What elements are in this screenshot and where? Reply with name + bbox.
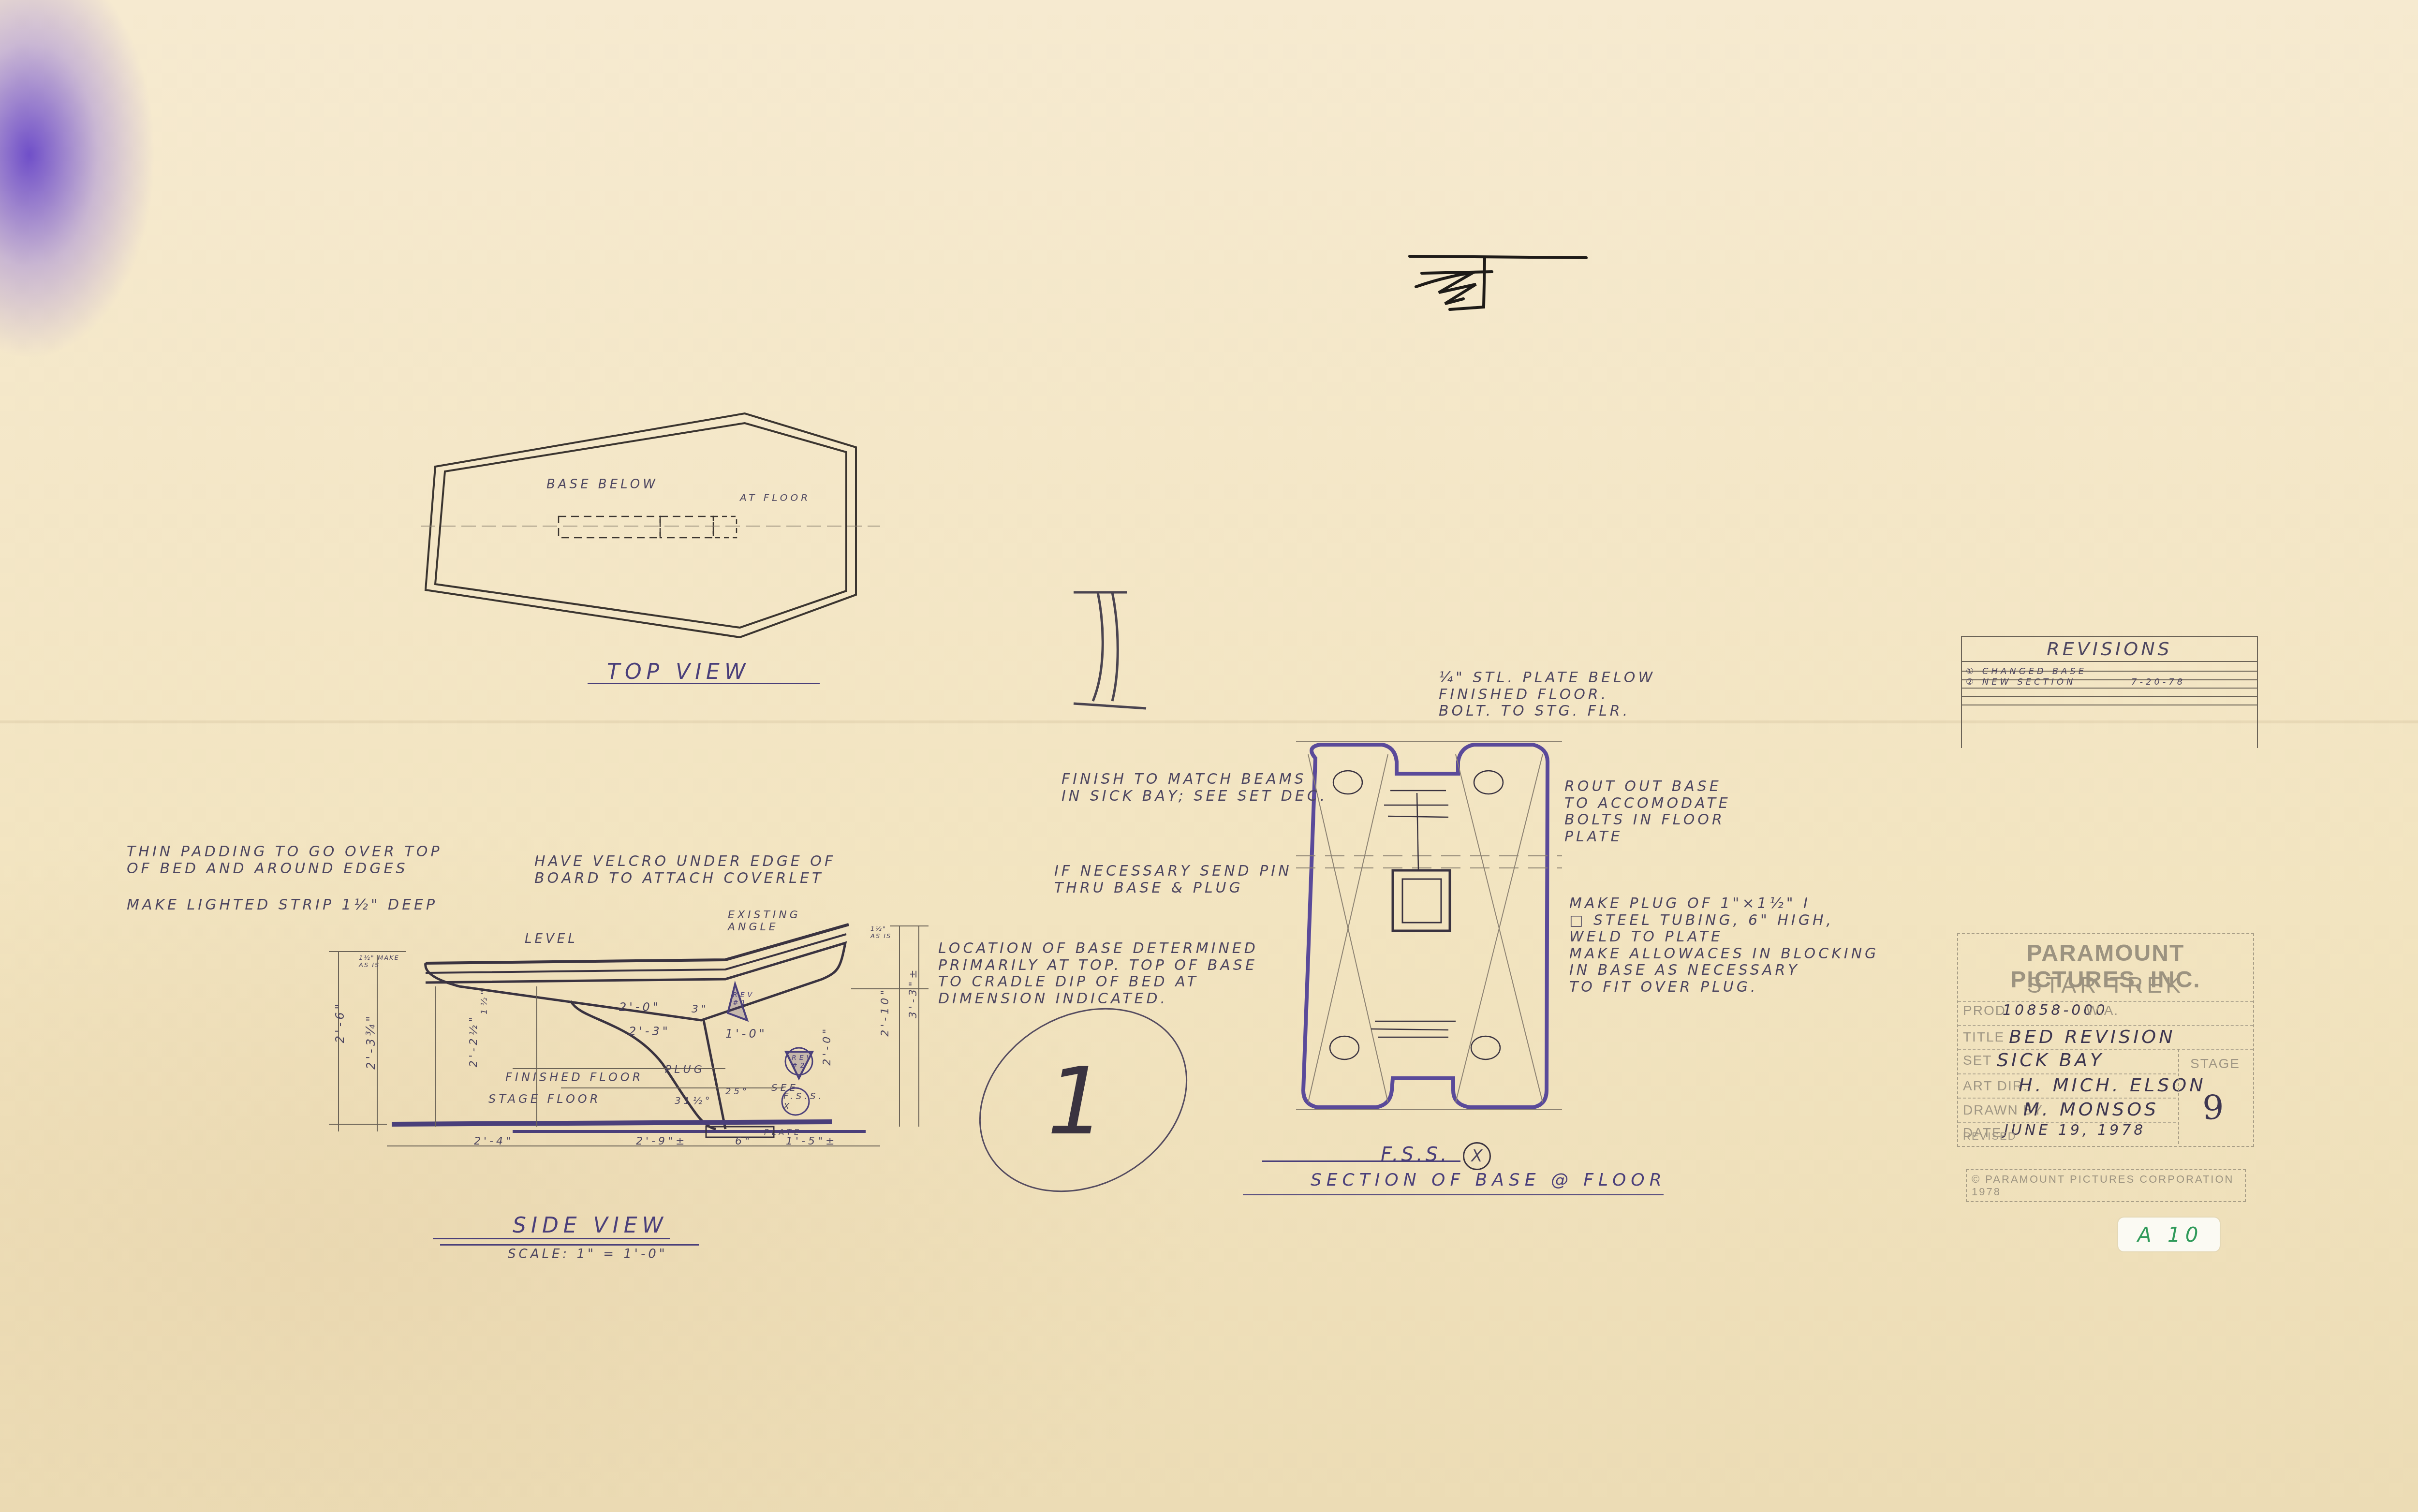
dim-2-2-1-2: 2'-2½" (468, 1014, 480, 1067)
dim-3-3: 3'-3"± (907, 967, 919, 1018)
signature-mark (1410, 256, 1586, 309)
i-beam-sketch (1074, 592, 1146, 708)
label-fss-ref: F.S.S. X (783, 1092, 824, 1112)
revision-row-1: ① CHANGED BASE (1966, 667, 2087, 677)
dim-2-0-vert: 2'-0" (821, 1026, 833, 1066)
tb-stage-value: 9 (2202, 1088, 2227, 1128)
tb-key-revised: REVISED (1963, 1130, 2017, 1143)
tb-key-set: SET (1963, 1053, 1992, 1068)
tb-val-title: BED REVISION (2009, 1026, 2176, 1047)
revisions-table: REVISIONS ① CHANGED BASE ② NEW SECTION 7… (1961, 636, 2258, 748)
section-title-underline (1243, 1194, 1664, 1195)
tb-val-drawn-by: M. MONSOS (2023, 1099, 2159, 1120)
annotation-base-below: BASE BELOW (546, 478, 658, 492)
revisions-title: REVISIONS (1962, 639, 2257, 660)
note-make-plug: MAKE PLUG OF 1"×1½" I □ STEEL TUBING, 6"… (1569, 895, 1879, 996)
note-thin-padding: THIN PADDING TO GO OVER TOP OF BED AND A… (127, 844, 442, 877)
note-lighted-strip: MAKE LIGHTED STRIP 1½" DEEP (127, 897, 438, 914)
section-ref-underline (1262, 1160, 1460, 1162)
dim-2-3: 2'-3" (629, 1025, 671, 1039)
dim-3: 3" (692, 1003, 709, 1015)
tb-val-date: JUNE 19, 1978 (2004, 1122, 2146, 1139)
dim-2-4: 2'-4" (474, 1135, 514, 1147)
note-velcro: HAVE VELCRO UNDER EDGE OF BOARD TO ATTAC… (534, 853, 836, 887)
dim-1-5: 1'-5"± (786, 1135, 838, 1147)
dim-2-9: 2'-9"± (636, 1135, 688, 1147)
tb-stage-label: STAGE (2190, 1056, 2240, 1072)
note-rout-out-base: ROUT OUT BASE TO ACCOMODATE BOLTS IN FLO… (1564, 778, 1731, 845)
sheet-number-tag: A 10 (2118, 1218, 2220, 1251)
side-view-scale: SCALE: 1" = 1'-0" (508, 1248, 668, 1262)
section-title: SECTION OF BASE @ FLOOR (1311, 1170, 1666, 1190)
label-plug: PLUG (665, 1064, 705, 1076)
title-block-production: STAR TREK (1958, 972, 2253, 998)
revision-row-2-date: 7-20-78 (2131, 677, 2185, 688)
dim-2-6: 2'-6" (334, 1001, 347, 1043)
sheet-number: A 10 (2138, 1223, 2203, 1247)
circled-number: 1 (1047, 1049, 1106, 1155)
rev1-marker: REV #1 (733, 991, 755, 1007)
note-steel-plate: ¼" STL. PLATE BELOW FINISHED FLOOR. BOLT… (1439, 670, 1655, 720)
section-ref: F.S.S. (1381, 1144, 1450, 1166)
label-finished-floor: FINISHED FLOOR (505, 1071, 643, 1085)
tb-val-set: SICK BAY (1997, 1049, 2104, 1071)
top-view-underline (588, 683, 820, 684)
section-drawing (1296, 741, 1562, 1110)
label-make-as-is-right: 1½" AS IS (870, 926, 891, 940)
dim-2-3-3-4: 2'-3¾" (365, 1013, 378, 1070)
rev2-marker: REV #2 (792, 1054, 814, 1070)
note-finish-to-match: FINISH TO MATCH BEAMS IN SICK BAY; SEE S… (1062, 771, 1327, 805)
note-location-of-base: LOCATION OF BASE DETERMINED PRIMARILY AT… (938, 940, 1258, 1007)
dim-2-0: 2'-0" (619, 1001, 661, 1014)
drawing-layer (0, 0, 2418, 1512)
dim-1-1-2: 1½" (480, 988, 490, 1014)
tb-key-wa: W.A. (2086, 1003, 2119, 1018)
copyright-stamp: © PARAMOUNT PICTURES CORPORATION 1978 (1966, 1169, 2246, 1202)
blueprint-sheet: BASE BELOW AT FLOOR TOP VIEW THIN PADDIN… (0, 0, 2418, 1512)
top-view-title: TOP VIEW (607, 660, 750, 685)
tb-key-title: TITLE (1963, 1029, 2005, 1045)
title-block: PARAMOUNT PICTURES, INC. STAR TREK PROD.… (1957, 933, 2254, 1147)
dim-angle-25: 25° (725, 1087, 750, 1097)
annotation-at-floor: AT FLOOR (740, 492, 811, 503)
label-stage-floor: STAGE FLOOR (488, 1093, 601, 1106)
revision-row-2: ② NEW SECTION (1966, 677, 2076, 688)
note-send-pin: IF NECESSARY SEND PIN THRU BASE & PLUG (1054, 863, 1292, 896)
dim-angle-31: 31½° (675, 1095, 713, 1106)
label-make-as-is-left: 1½" MAKE AS IS (359, 955, 399, 969)
dim-6: 6" (735, 1135, 752, 1147)
dim-2-10: 2'-10" (879, 987, 891, 1037)
top-view-drawing (421, 413, 880, 637)
label-level: LEVEL (525, 932, 578, 947)
side-view-title: SIDE VIEW (513, 1214, 668, 1238)
section-ref-symbol: X (1463, 1142, 1491, 1170)
side-view-underline-1 (433, 1238, 670, 1239)
dim-1-0: 1'-0" (725, 1028, 767, 1041)
label-existing-angle: EXISTING ANGLE (728, 909, 801, 934)
side-view-underline-2 (440, 1244, 699, 1246)
